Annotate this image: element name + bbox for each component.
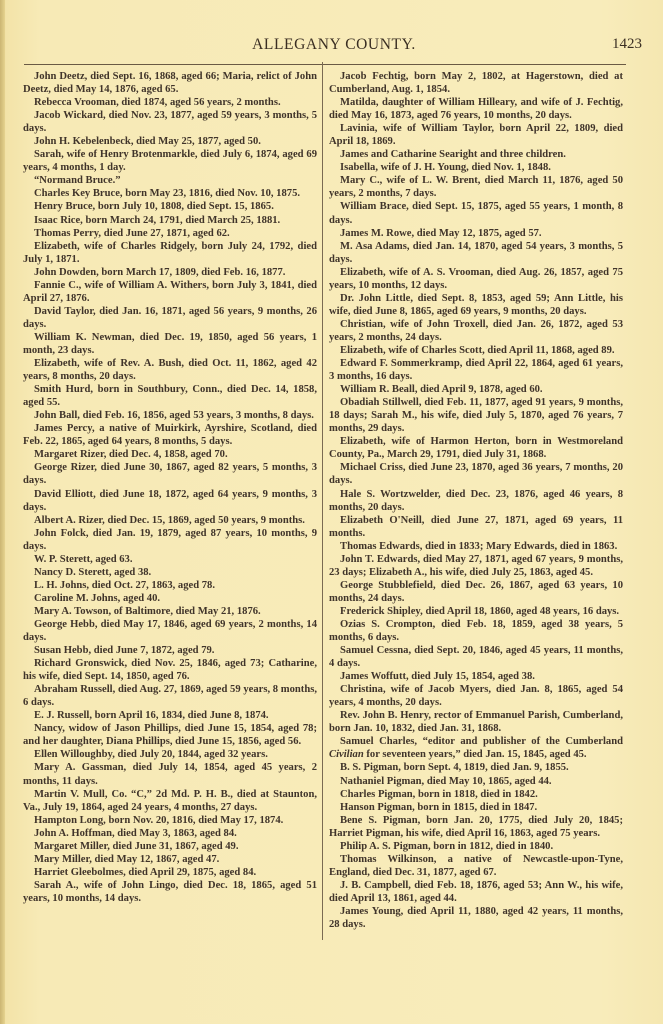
- obituary-entry: Elizabeth, wife of Rev. A. Bush, died Oc…: [23, 357, 317, 383]
- obituary-entry: “Normand Bruce.”: [23, 174, 317, 187]
- obituary-entry: Frederick Shipley, died April 18, 1860, …: [329, 605, 623, 618]
- obituary-entry: Mary A. Towson, of Baltimore, died May 2…: [23, 605, 317, 618]
- column-divider: [322, 62, 323, 940]
- obituary-entry: Isaac Rice, born March 24, 1791, died Ma…: [23, 214, 317, 227]
- obituary-entry: John H. Kebelenbeck, died May 25, 1877, …: [23, 135, 317, 148]
- obituary-entry: Ozias S. Crompton, died Feb. 18, 1859, a…: [329, 618, 623, 644]
- left-column: John Deetz, died Sept. 16, 1868, aged 66…: [23, 70, 317, 905]
- obituary-entry: Ellen Willoughby, died July 20, 1844, ag…: [23, 748, 317, 761]
- page-binding-edge: [0, 0, 5, 1024]
- obituary-entry: Abraham Russell, died Aug. 27, 1869, age…: [23, 683, 317, 709]
- obituary-entry: Richard Gronswick, died Nov. 25, 1846, a…: [23, 657, 317, 683]
- obituary-entry: Nancy, widow of Jason Phillips, died Jun…: [23, 722, 317, 748]
- obituary-entry: W. P. Sterett, aged 63.: [23, 553, 317, 566]
- obituary-entry: Jacob Wickard, died Nov. 23, 1877, aged …: [23, 109, 317, 135]
- obituary-entry: Christina, wife of Jacob Myers, died Jan…: [329, 683, 623, 709]
- obituary-entry: Elizabeth, wife of Charles Ridgely, born…: [23, 240, 317, 266]
- obituary-entry: Mary C., wife of L. W. Brent, died March…: [329, 174, 623, 200]
- obituary-entry: Charles Pigman, born in 1818, died in 18…: [329, 788, 623, 801]
- obituary-entry: M. Asa Adams, died Jan. 14, 1870, aged 5…: [329, 240, 623, 266]
- obituary-entry: Elizabeth, wife of A. S. Vrooman, died A…: [329, 266, 623, 292]
- obituary-entry: Sarah A., wife of John Lingo, died Dec. …: [23, 879, 317, 905]
- obituary-entry: Albert A. Rizer, died Dec. 15, 1869, age…: [23, 514, 317, 527]
- obituary-entry: James Young, died April 11, 1880, aged 4…: [329, 905, 623, 931]
- obituary-entry: Hanson Pigman, born in 1815, died in 184…: [329, 801, 623, 814]
- obituary-entry: Isabella, wife of J. H. Young, died Nov.…: [329, 161, 623, 174]
- obituary-entry: John Ball, died Feb. 16, 1856, aged 53 y…: [23, 409, 317, 422]
- obituary-entry: William R. Beall, died April 9, 1878, ag…: [329, 383, 623, 396]
- obituary-entry: James Woffutt, died July 15, 1854, aged …: [329, 670, 623, 683]
- obituary-entry: David Taylor, died Jan. 16, 1871, aged 5…: [23, 305, 317, 331]
- obituary-entry: Dr. John Little, died Sept. 8, 1853, age…: [329, 292, 623, 318]
- obituary-entry: Rebecca Vrooman, died 1874, aged 56 year…: [23, 96, 317, 109]
- obituary-entry: John T. Edwards, died May 27, 1871, aged…: [329, 553, 623, 579]
- obituary-entry: George Rizer, died June 30, 1867, aged 8…: [23, 461, 317, 487]
- obituary-entry: Martin V. Mull, Co. “C,” 2d Md. P. H. B.…: [23, 788, 317, 814]
- obituary-entry: E. J. Russell, born April 16, 1834, died…: [23, 709, 317, 722]
- obituary-entry: James M. Rowe, died May 12, 1875, aged 5…: [329, 227, 623, 240]
- obituary-entry: J. B. Campbell, died Feb. 18, 1876, aged…: [329, 879, 623, 905]
- obituary-entry: Philip A. S. Pigman, born in 1812, died …: [329, 840, 623, 853]
- obituary-entry: Obadiah Stillwell, died Feb. 11, 1877, a…: [329, 396, 623, 435]
- obituary-entry: Margaret Miller, died June 31, 1867, age…: [23, 840, 317, 853]
- obituary-entry: Thomas Edwards, died in 1833; Mary Edwar…: [329, 540, 623, 553]
- obituary-entry: Fannie C., wife of William A. Withers, b…: [23, 279, 317, 305]
- obituary-entry: Hale S. Wortzwelder, died Dec. 23, 1876,…: [329, 488, 623, 514]
- page-number: 1423: [612, 36, 642, 53]
- obituary-entry: Edward F. Sommerkramp, died April 22, 18…: [329, 357, 623, 383]
- running-title: ALLEGANY COUNTY.: [24, 36, 644, 54]
- obituary-entry: Smith Hurd, born in Southbury, Conn., di…: [23, 383, 317, 409]
- obituary-entry: Margaret Rizer, died Dec. 4, 1858, aged …: [23, 448, 317, 461]
- obituary-entry: Thomas Perry, died June 27, 1871, aged 6…: [23, 227, 317, 240]
- obituary-entry: Michael Criss, died June 23, 1870, aged …: [329, 461, 623, 487]
- obituary-entry: Charles Key Bruce, born May 23, 1816, di…: [23, 187, 317, 200]
- page-header: ALLEGANY COUNTY. 1423: [24, 30, 644, 52]
- right-column: Jacob Fechtig, born May 2, 1802, at Hage…: [329, 70, 623, 931]
- obituary-entry: Matilda, daughter of William Hilleary, a…: [329, 96, 623, 122]
- obituary-entry: Harriet Gleebolmes, died April 29, 1875,…: [23, 866, 317, 879]
- obituary-entry: George Hebb, died May 17, 1846, aged 69 …: [23, 618, 317, 644]
- obituary-entry: Elizabeth, wife of Harmon Herton, born i…: [329, 435, 623, 461]
- newspaper-title: Civilian: [329, 749, 364, 760]
- obituary-entry: Susan Hebb, died June 7, 1872, aged 79.: [23, 644, 317, 657]
- obituary-entry: John Folck, died Jan. 19, 1879, aged 87 …: [23, 527, 317, 553]
- obituary-entry: Sarah, wife of Henry Brotenmarkle, died …: [23, 148, 317, 174]
- header-rule: [24, 64, 626, 65]
- obituary-entry: Henry Bruce, born July 10, 1808, died Se…: [23, 200, 317, 213]
- obituary-entry: Elizabeth O'Neill, died June 27, 1871, a…: [329, 514, 623, 540]
- obituary-entry: Hampton Long, born Nov. 20, 1816, died M…: [23, 814, 317, 827]
- obituary-entry: John Dowden, born March 17, 1809, died F…: [23, 266, 317, 279]
- obituary-entry: Samuel Cessna, died Sept. 20, 1846, aged…: [329, 644, 623, 670]
- obituary-entry: John A. Hoffman, died May 3, 1863, aged …: [23, 827, 317, 840]
- obituary-entry: Lavinia, wife of William Taylor, born Ap…: [329, 122, 623, 148]
- obituary-entry: Bene S. Pigman, born Jan. 20, 1775, died…: [329, 814, 623, 840]
- obituary-entry: William Brace, died Sept. 15, 1875, aged…: [329, 200, 623, 226]
- obituary-entry: Thomas Wilkinson, a native of Newcastle-…: [329, 853, 623, 879]
- obituary-entry: David Elliott, died June 18, 1872, aged …: [23, 488, 317, 514]
- obituary-entry: Samuel Charles, “editor and publisher of…: [329, 735, 623, 761]
- obituary-entry: Elizabeth, wife of Charles Scott, died A…: [329, 344, 623, 357]
- obituary-entry: James Percy, a native of Muirkirk, Ayrsh…: [23, 422, 317, 448]
- obituary-entry: Nathaniel Pigman, died May 10, 1865, age…: [329, 775, 623, 788]
- obituary-entry: George Stubblefield, died Dec. 26, 1867,…: [329, 579, 623, 605]
- obituary-entry: B. S. Pigman, born Sept. 4, 1819, died J…: [329, 761, 623, 774]
- obituary-entry: Caroline M. Johns, aged 40.: [23, 592, 317, 605]
- obituary-entry: James and Catharine Searight and three c…: [329, 148, 623, 161]
- obituary-entry: Nancy D. Sterett, aged 38.: [23, 566, 317, 579]
- obituary-entry: John Deetz, died Sept. 16, 1868, aged 66…: [23, 70, 317, 96]
- obituary-entry: Mary Miller, died May 12, 1867, aged 47.: [23, 853, 317, 866]
- book-page: ALLEGANY COUNTY. 1423 John Deetz, died S…: [0, 0, 663, 1024]
- obituary-entry: Mary A. Gassman, died July 14, 1854, age…: [23, 761, 317, 787]
- obituary-entry: Christian, wife of John Troxell, died Ja…: [329, 318, 623, 344]
- obituary-entry: William K. Newman, died Dec. 19, 1850, a…: [23, 331, 317, 357]
- obituary-entry: L. H. Johns, died Oct. 27, 1863, aged 78…: [23, 579, 317, 592]
- obituary-entry: Rev. John B. Henry, rector of Emmanuel P…: [329, 709, 623, 735]
- obituary-entry: Jacob Fechtig, born May 2, 1802, at Hage…: [329, 70, 623, 96]
